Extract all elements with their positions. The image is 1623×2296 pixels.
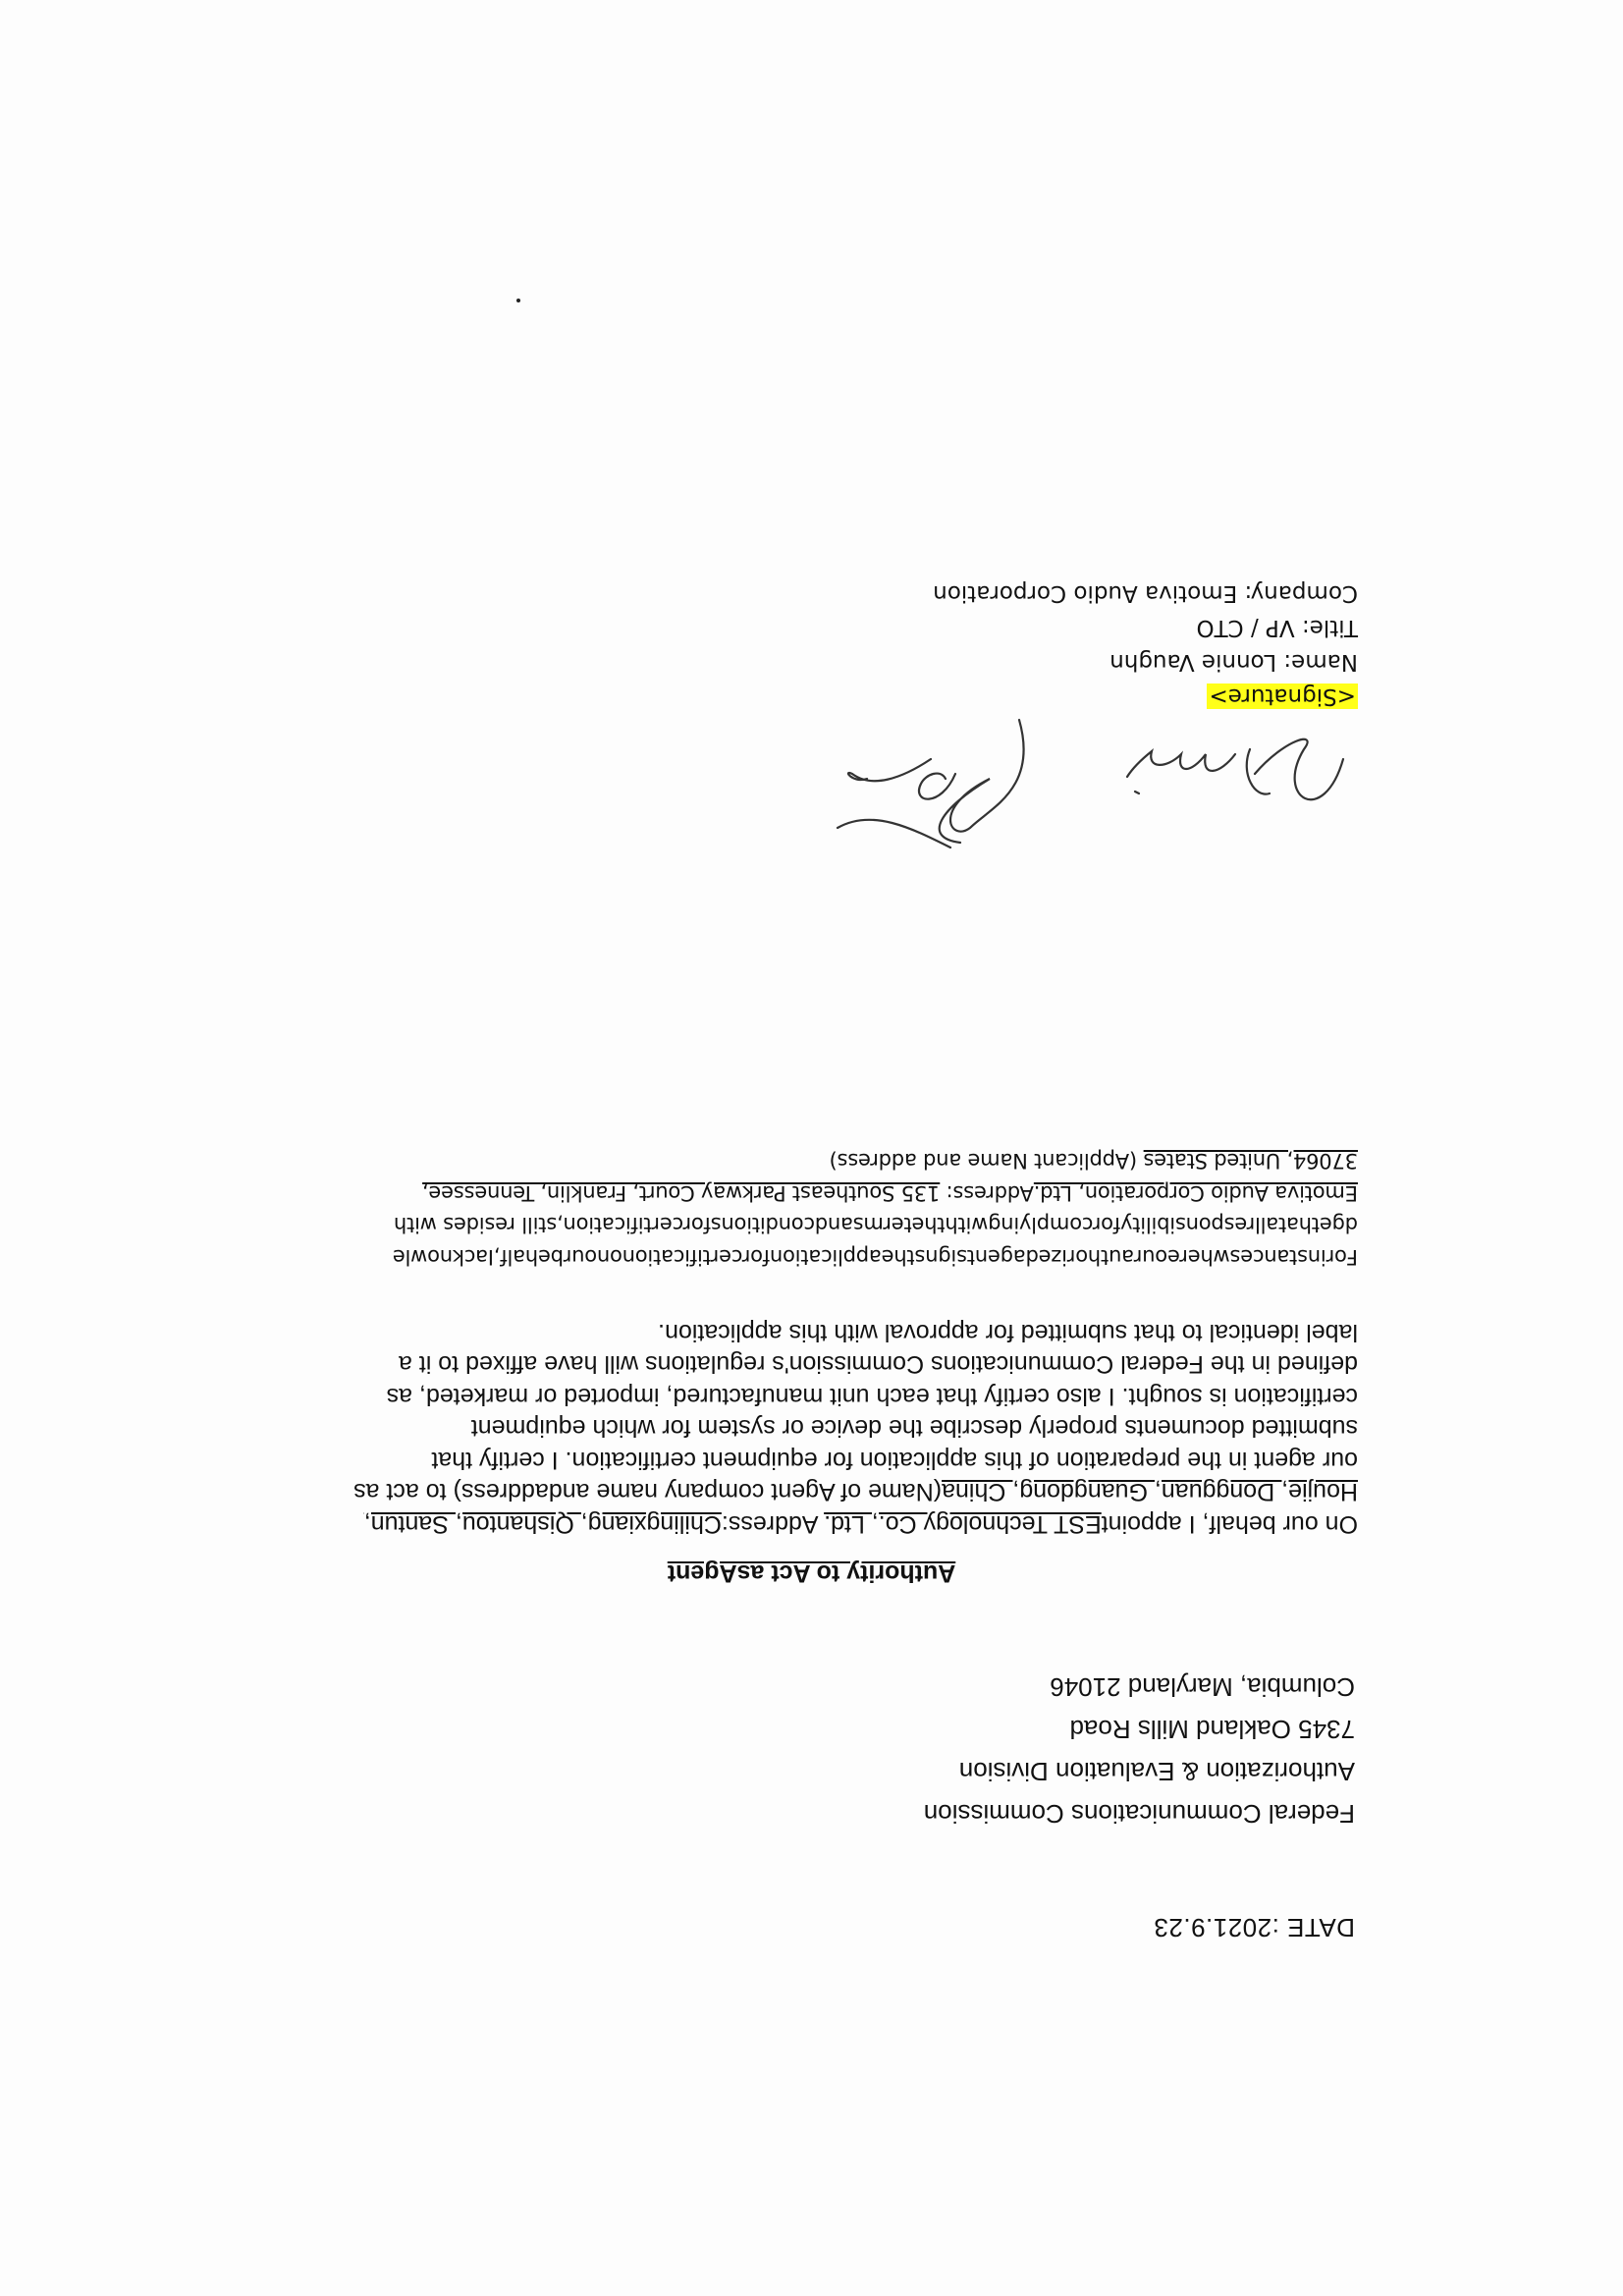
scanned-page: DATE :2021.9.23 Federal Communications C…: [0, 0, 1623, 2296]
agent-address-cont: Houjie, Dongguan, Guangdong, China: [942, 1479, 1358, 1506]
recipient-line-2: Authorization & Evaluation Division: [924, 1750, 1355, 1792]
paragraph-line: label identical to that submitted for ap…: [258, 1317, 1358, 1349]
scan-speck: [516, 299, 520, 302]
agent-name: EST Technology Co., Ltd.: [824, 1510, 1102, 1538]
paragraph-line: Emotiva Audio Corporation, Ltd.Address: …: [258, 1177, 1358, 1210]
signer-company: Company: Emotiva Audio Corporation: [933, 575, 1358, 610]
document-title: Authority to Act asAgent: [0, 1558, 1623, 1587]
agent-address: Chilingxiang, Qishantou, Santun,: [364, 1510, 722, 1538]
signer-name: Name: Lonnie Vaughn: [933, 644, 1358, 679]
document-date: DATE :2021.9.23: [1154, 1912, 1355, 1942]
paragraph-line: On our behalf, I appointEST Technology C…: [258, 1508, 1358, 1541]
text-run: (Name of Agent company name andaddress) …: [353, 1479, 942, 1506]
paragraph-line: Houjie, Dongguan, Guangdong, China(Name …: [258, 1476, 1358, 1508]
responsibility-paragraph: Forinstanceswhereourauthorizedagentsigns…: [258, 1145, 1358, 1273]
signature-placeholder: <Signature>: [1208, 683, 1359, 709]
applicant-name: Emotiva Audio Corporation, Ltd.: [1034, 1181, 1358, 1205]
recipient-line-3: 7345 Oakland Mills Road: [924, 1708, 1355, 1750]
paragraph-line: 37064, United States (Applicant Name and…: [258, 1145, 1358, 1177]
recipient-line-4: Columbia, Maryland 21046: [924, 1666, 1355, 1708]
text-run: Address:: [722, 1510, 824, 1538]
paragraph-line: our agent in the preparation of this app…: [258, 1445, 1358, 1477]
paragraph-line: Forinstanceswhereourauthorizedagentsigns…: [258, 1241, 1358, 1274]
paragraph-line: dgethatallresponsibilityforcomplyingwith…: [258, 1209, 1358, 1241]
signer-title: Title: VP / CTO: [933, 610, 1358, 644]
applicant-address: 135 Southeast Parkway Court, Franklin, T…: [422, 1181, 940, 1205]
text-run: On our behalf, I appoint: [1102, 1510, 1358, 1538]
signature-block: <Signature> Name: Lonnie Vaughn Title: V…: [933, 575, 1358, 713]
applicant-address-cont: 37064, United States: [1144, 1150, 1358, 1174]
paragraph-line: submitted documents properly describe th…: [258, 1412, 1358, 1445]
handwritten-signature-icon: [833, 710, 1363, 867]
recipient-address: Federal Communications Commission Author…: [924, 1666, 1355, 1834]
authorization-paragraph: On our behalf, I appointEST Technology C…: [258, 1317, 1358, 1541]
paragraph-line: certification is sought. I also certify …: [258, 1381, 1358, 1413]
recipient-line-1: Federal Communications Commission: [924, 1792, 1355, 1834]
paragraph-line: defined in the Federal Communications Co…: [258, 1348, 1358, 1381]
text-run: Address:: [940, 1181, 1034, 1205]
text-run: (Applicant Name and address): [830, 1150, 1144, 1174]
